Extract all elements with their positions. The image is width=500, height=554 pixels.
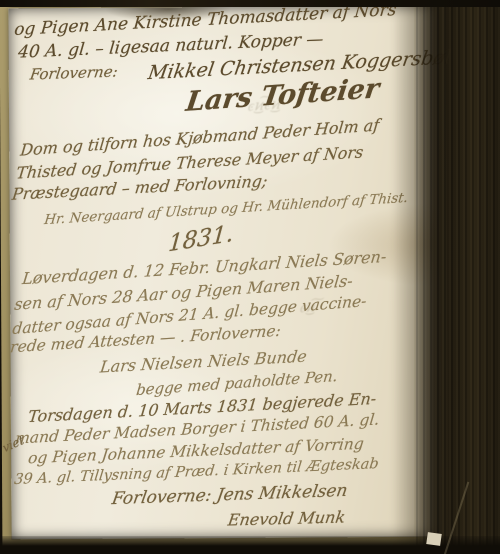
photo-top-border (0, 0, 500, 7)
book-page-edges (414, 0, 500, 554)
photo-bottom-border (0, 536, 500, 554)
forlovere-label: Forloverne: (29, 62, 119, 83)
manuscript-scan: ͼ͜ͷ͠ͼ͜ͷ ͼ͜ͷ͠ og Pigen Ane Kirstine Thoma… (0, 0, 500, 554)
witness-signature: Enevold Munk (227, 507, 347, 529)
paper-corner-notch (426, 532, 442, 546)
